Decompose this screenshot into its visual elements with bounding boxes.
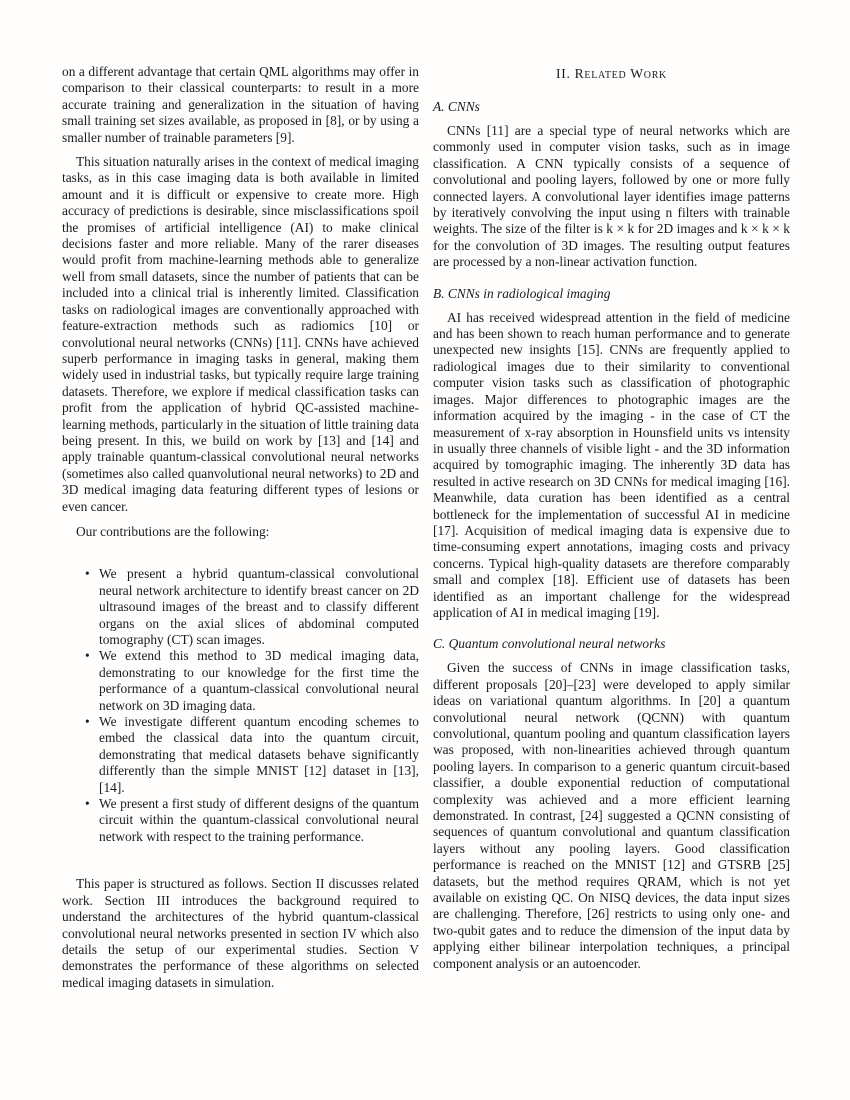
section-heading-related-work: II. Related Work <box>433 66 790 82</box>
subsection-heading-cnns-radiological-imaging: B. CNNs in radiological imaging <box>433 286 790 302</box>
paragraph-paper-structure: This paper is structured as follows. Sec… <box>62 876 419 991</box>
list-item-contribution-2: We extend this method to 3D medical imag… <box>85 648 419 714</box>
paper-page: on a different advantage that certain QM… <box>0 0 850 1100</box>
contributions-list: We present a hybrid quantum-classical co… <box>62 566 419 845</box>
contributions-intro: Our contributions are the following: <box>62 524 419 540</box>
list-item-contribution-1: We present a hybrid quantum-classical co… <box>85 566 419 648</box>
right-column: II. Related Work A. CNNs CNNs [11] are a… <box>433 64 790 991</box>
subsection-heading-quantum-cnns: C. Quantum convolutional neural networks <box>433 636 790 652</box>
left-column: on a different advantage that certain QM… <box>62 64 419 991</box>
paragraph-medical-imaging-motivation: This situation naturally arises in the c… <box>62 154 419 515</box>
paragraph-qml-advantage: on a different advantage that certain QM… <box>62 64 419 146</box>
paragraph-cnns-radiological-imaging: AI has received widespread attention in … <box>433 310 790 622</box>
two-column-layout: on a different advantage that certain QM… <box>62 64 790 991</box>
list-item-contribution-4: We present a first study of different de… <box>85 796 419 845</box>
paragraph-quantum-cnns: Given the success of CNNs in image class… <box>433 660 790 972</box>
list-item-contribution-3: We investigate different quantum encodin… <box>85 714 419 796</box>
paragraph-cnns: CNNs [11] are a special type of neural n… <box>433 123 790 271</box>
subsection-heading-cnns: A. CNNs <box>433 99 790 115</box>
